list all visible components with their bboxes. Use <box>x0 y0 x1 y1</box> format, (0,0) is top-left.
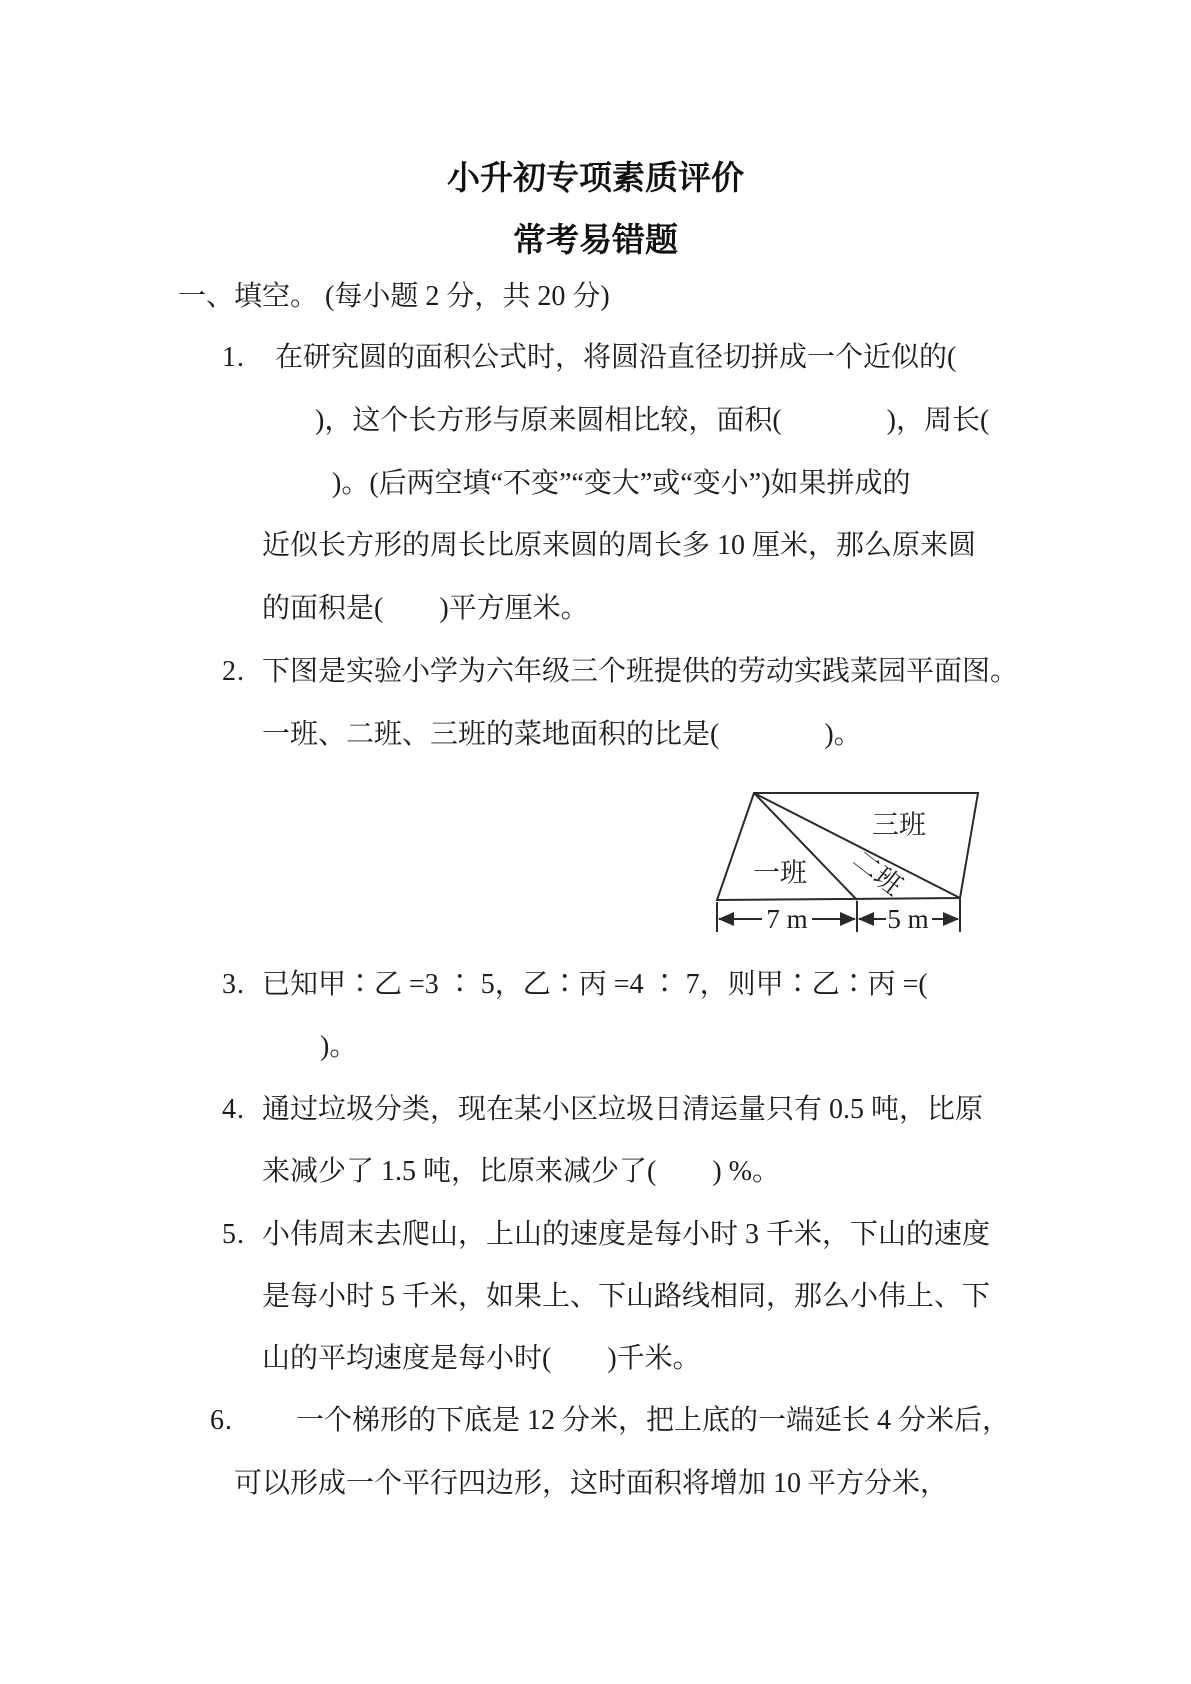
question-3-number: 3. <box>222 968 245 1002</box>
question-3-line-1: 已知甲∶乙 =3 ∶ 5，乙∶丙 =4 ∶ 7，则甲∶乙∶丙 =( <box>262 968 928 1002</box>
label-class-1: 一班 <box>753 858 807 888</box>
question-1-line-1: 在研究圆的面积公式时，将圆沿直径切拼成一个近似的( <box>275 341 956 375</box>
page: 小升初专项素质评价 常考易错题 一、填空。 (每小题 2 分，共 20 分) 1… <box>0 0 1191 1684</box>
arrowhead-right-out <box>943 912 959 926</box>
document-subtitle: 常考易错题 <box>0 219 1191 261</box>
arrowhead-left-in <box>840 912 856 926</box>
question-1-line-5: 的面积是( )平方厘米。 <box>262 592 589 626</box>
question-4-number: 4. <box>222 1093 245 1127</box>
question-5-line-3: 山的平均速度是每小时( )千米。 <box>262 1342 701 1376</box>
question-6-line-2: 可以形成一个平行四边形，这时面积将增加 10 平方分米， <box>234 1467 948 1501</box>
garden-plot-svg: 一班 二班 三班 7 m 5 m <box>650 780 990 940</box>
question-1-line-3: )。(后两空填“不变”“变大”或“变小”)如果拼成的 <box>332 467 911 501</box>
question-4-line-1: 通过垃圾分类，现在某小区垃圾日清运量只有 0.5 吨，比原 <box>262 1093 983 1127</box>
question-2-line-1: 下图是实验小学为六年级三个班提供的劳动实践菜园平面图。 <box>262 655 1018 689</box>
question-4-line-2: 来减少了 1.5 吨，比原来减少了( ) %。 <box>262 1155 780 1189</box>
question-1-line-2: )，这个长方形与原来圆相比较，面积( )，周长( <box>315 404 989 438</box>
label-class-2: 二班 <box>847 844 908 901</box>
question-5-line-1: 小伟周末去爬山，上山的速度是每小时 3 千米，下山的速度 <box>262 1218 990 1252</box>
arrowhead-right-in <box>858 912 874 926</box>
arrowhead-left-out <box>718 912 734 926</box>
dimension-label-right: 5 m <box>887 904 928 934</box>
question-1-line-4: 近似长方形的周长比原来圆的周长多 10 厘米，那么原来圆 <box>262 529 976 563</box>
question-5-line-2: 是每小时 5 千米，如果上、下山路线相同，那么小伟上、下 <box>262 1280 990 1314</box>
garden-plot-figure: 一班 二班 三班 7 m 5 m <box>650 780 990 940</box>
question-5-number: 5. <box>222 1218 245 1252</box>
question-2-number: 2. <box>222 655 245 689</box>
question-2-line-2: 一班、二班、三班的菜地面积的比是( )。 <box>262 718 862 752</box>
document-title: 小升初专项素质评价 <box>0 157 1191 199</box>
question-6-number: 6. <box>210 1404 233 1438</box>
question-1-number: 1. <box>222 341 245 375</box>
label-class-3: 三班 <box>872 810 926 840</box>
section-heading: 一、填空。 (每小题 2 分，共 20 分) <box>178 280 610 314</box>
question-6-line-1: 一个梯形的下底是 12 分米，把上底的一端延长 4 分米后， <box>296 1404 1010 1438</box>
dimension-label-left: 7 m <box>766 904 807 934</box>
question-3-line-2: )。 <box>320 1030 357 1064</box>
